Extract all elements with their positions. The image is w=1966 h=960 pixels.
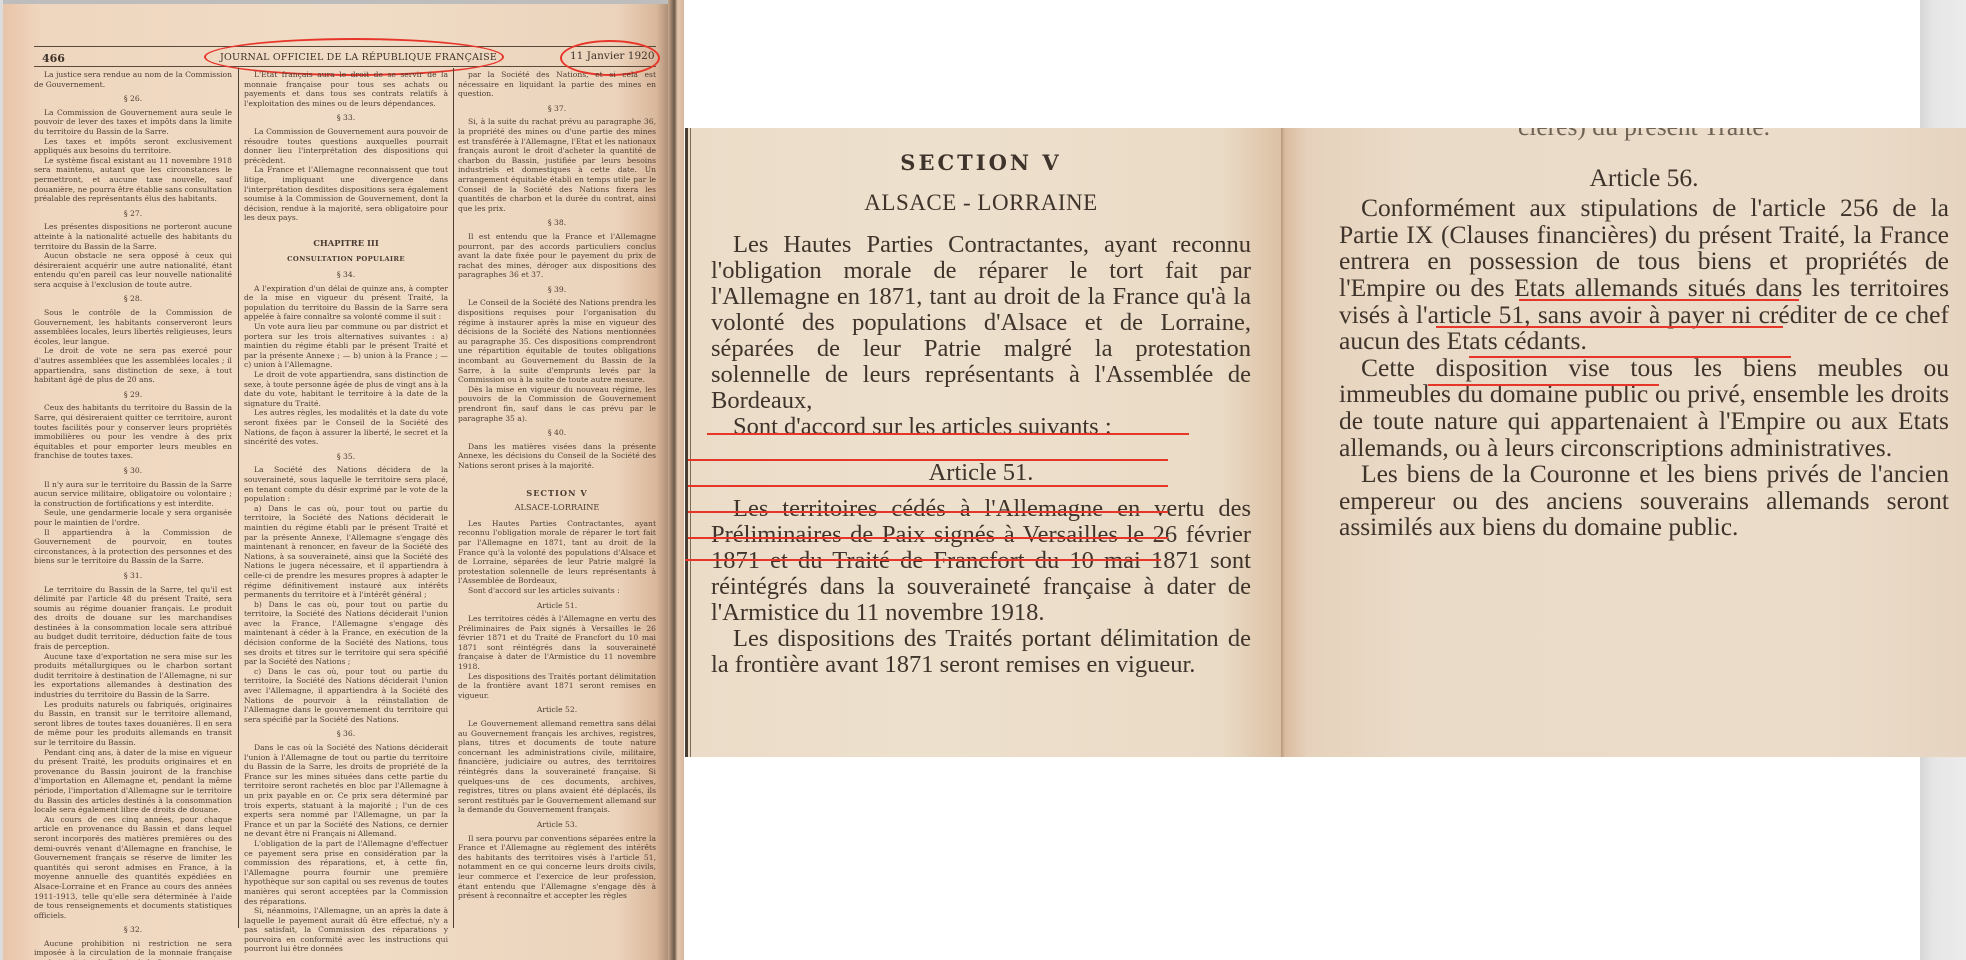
column-divider xyxy=(453,68,454,928)
journal-paragraph: Aucun obstacle ne sera opposé à ceux qui… xyxy=(34,251,232,289)
journal-paragraph: Les dispositions des Traités portant dél… xyxy=(458,672,656,701)
journal-heading: § 33. xyxy=(244,113,448,123)
cut-top-line: cières) du présent Traité. xyxy=(1339,128,1949,141)
preamble-paragraph: Les Hautes Parties Contractantes, ayant … xyxy=(711,232,1251,414)
article-56-paragraph-2: Cette disposition vise tous les biens me… xyxy=(1339,355,1949,461)
journal-paragraph: La justice sera rendue au nom de la Comm… xyxy=(34,70,232,89)
journal-paragraph: Aucune taxe d'exportation ne sera mise s… xyxy=(34,652,232,700)
journal-heading: § 27. xyxy=(34,209,232,219)
article-56-paragraph-1: Conformément aux stipulations de l'artic… xyxy=(1339,195,1949,355)
column-rule xyxy=(685,128,688,757)
article-51-paragraph-1: Les territoires cédés à l'Allemagne en v… xyxy=(711,496,1251,626)
journal-heading: § 35. xyxy=(244,452,448,462)
journal-paragraph: Le droit de vote ne sera pas exercé pour… xyxy=(34,346,232,384)
scan-border xyxy=(0,0,3,960)
journal-heading: § 26. xyxy=(34,94,232,104)
journal-paragraph: Les taxes et impôts seront exclusivement… xyxy=(34,137,232,156)
journal-paragraph: par la Société des Nations, et si cela e… xyxy=(458,70,656,99)
agreement-line: Sont d'accord sur les articles suivants … xyxy=(711,414,1251,440)
page-edge xyxy=(1281,128,1285,757)
journal-paragraph: Il sera pourvu par conventions séparées … xyxy=(458,834,656,901)
journal-paragraph: L'obligation de la part de l'Allemagne d… xyxy=(244,839,448,906)
page-binding-edge xyxy=(668,0,684,960)
journal-paragraph: Sous le contrôle de la Commission de Gou… xyxy=(34,308,232,346)
journal-paragraph: La Société des Nations décidera de la so… xyxy=(244,465,448,503)
journal-paragraph: b) Dans le cas où, pour tout ou partie d… xyxy=(244,600,448,667)
journal-paragraph: Il est entendu que la France et l'Allema… xyxy=(458,232,656,280)
journal-heading: CHAPITRE III xyxy=(244,239,448,249)
journal-paragraph: L'Etat français aura le droit de se serv… xyxy=(244,70,448,108)
section-subtitle: ALSACE - LORRAINE xyxy=(711,190,1251,216)
journal-paragraph: Un vote aura lieu par commune ou par dis… xyxy=(244,322,448,370)
red-underline xyxy=(688,485,1168,487)
journal-paragraph: Le Conseil de la Société des Nations pre… xyxy=(458,298,656,384)
journal-paragraph: Les produits naturels ou fabriqués, orig… xyxy=(34,700,232,748)
article-51-paragraph-2: Les dispositions des Traités portant dél… xyxy=(711,626,1251,678)
scan-border xyxy=(0,0,684,4)
journal-paragraph: Ceux des habitants du territoire du Bass… xyxy=(34,403,232,461)
journal-heading: § 30. xyxy=(34,466,232,476)
journal-paragraph: Les autres règles, les modalités et la d… xyxy=(244,408,448,446)
excerpt-article-56: cières) du présent Traité. Article 56. C… xyxy=(1281,128,1966,757)
journal-heading: ALSACE-LORRAINE xyxy=(458,503,656,513)
journal-heading: § 40. xyxy=(458,428,656,438)
journal-heading: Article 53. xyxy=(458,820,656,830)
journal-paragraph: A l'expiration d'un délai de quinze ans,… xyxy=(244,284,448,322)
journal-page-scan: 466 JOURNAL OFFICIEL DE LA RÉPUBLIQUE FR… xyxy=(0,0,684,960)
journal-paragraph: Les Hautes Parties Contractantes, ayant … xyxy=(458,519,656,586)
red-underline xyxy=(688,459,1168,461)
journal-heading: § 39. xyxy=(458,285,656,295)
journal-paragraph: Le Gouvernement allemand remettra sans d… xyxy=(458,719,656,815)
red-underline xyxy=(1469,356,1791,358)
journal-paragraph: Au cours de ces cinq années, pour chaque… xyxy=(34,815,232,921)
journal-paragraph: Dans les matières visées dans la présent… xyxy=(458,442,656,471)
excerpt-article-51: SECTION V ALSACE - LORRAINE Les Hautes P… xyxy=(685,128,1281,757)
journal-heading: § 32. xyxy=(34,925,232,935)
journal-paragraph: La France et l'Allemagne reconnaissent q… xyxy=(244,165,448,223)
column-divider xyxy=(238,68,239,928)
red-underline xyxy=(1519,299,1799,301)
article-56-paragraph-3: Les biens de la Couronne et les biens pr… xyxy=(1339,461,1949,541)
red-underline xyxy=(688,511,1168,513)
journal-column-2: L'Etat français aura le droit de se serv… xyxy=(244,70,448,954)
journal-paragraph: Dans le cas où la Société des Nations dé… xyxy=(244,743,448,839)
journal-paragraph: Les territoires cédés à l'Allemagne en v… xyxy=(458,614,656,672)
journal-heading: § 31. xyxy=(34,571,232,581)
red-underline xyxy=(1436,326,1783,328)
red-underline xyxy=(685,559,1161,561)
journal-heading: § 28. xyxy=(34,294,232,304)
column-rule xyxy=(690,128,691,757)
journal-heading: § 29. xyxy=(34,390,232,400)
journal-paragraph: Sont d'accord sur les articles suivants … xyxy=(458,586,656,596)
journal-paragraph: Le territoire du Bassin de la Sarre, tel… xyxy=(34,585,232,652)
journal-paragraph: c) Dans le cas où, pour tout ou partie d… xyxy=(244,667,448,725)
journal-paragraph: Aucune prohibition ni restriction ne ser… xyxy=(34,939,232,960)
journal-heading: SECTION V xyxy=(458,489,656,499)
journal-paragraph: Le droit de vote appartiendra, sans dist… xyxy=(244,370,448,408)
journal-paragraph: Le système fiscal existant au 11 novembr… xyxy=(34,156,232,204)
red-underline xyxy=(688,537,1168,539)
journal-paragraph: Pendant cinq ans, à dater de la mise en … xyxy=(34,748,232,815)
journal-heading: Article 52. xyxy=(458,705,656,715)
journal-column-1: La justice sera rendue au nom de la Comm… xyxy=(34,70,232,960)
red-underline xyxy=(1428,384,1659,386)
journal-paragraph: Il n'y aura sur le territoire du Bassin … xyxy=(34,480,232,509)
journal-heading: § 38. xyxy=(458,218,656,228)
journal-heading: § 34. xyxy=(244,270,448,280)
page-number: 466 xyxy=(42,52,65,65)
journal-column-3: par la Société des Nations, et si cela e… xyxy=(458,70,656,901)
journal-paragraph: Les présentes dispositions ne porteront … xyxy=(34,222,232,251)
article-51-title: Article 51. xyxy=(711,460,1251,486)
journal-heading: CONSULTATION POPULAIRE xyxy=(244,255,448,265)
journal-paragraph: Si, néanmoins, l'Allemagne, un an après … xyxy=(244,906,448,954)
journal-paragraph: La Commission de Gouvernement aura pouvo… xyxy=(244,127,448,165)
journal-paragraph: a) Dans le cas où, pour tout ou partie d… xyxy=(244,504,448,600)
section-title: SECTION V xyxy=(711,150,1251,176)
journal-paragraph: La Commission de Gouvernement aura seule… xyxy=(34,108,232,137)
journal-paragraph: Il appartiendra à la Commission de Gouve… xyxy=(34,528,232,566)
journal-heading: Article 51. xyxy=(458,601,656,611)
journal-paragraph: Dès la mise en vigueur du nouveau régime… xyxy=(458,385,656,423)
journal-paragraph: Si, à la suite du rachat prévu au paragr… xyxy=(458,117,656,213)
red-underline xyxy=(707,433,1189,435)
journal-heading: § 37. xyxy=(458,104,656,114)
article-56-title: Article 56. xyxy=(1339,165,1949,192)
journal-heading: § 36. xyxy=(244,729,448,739)
journal-paragraph: Seule, une gendarmerie locale y sera org… xyxy=(34,508,232,527)
